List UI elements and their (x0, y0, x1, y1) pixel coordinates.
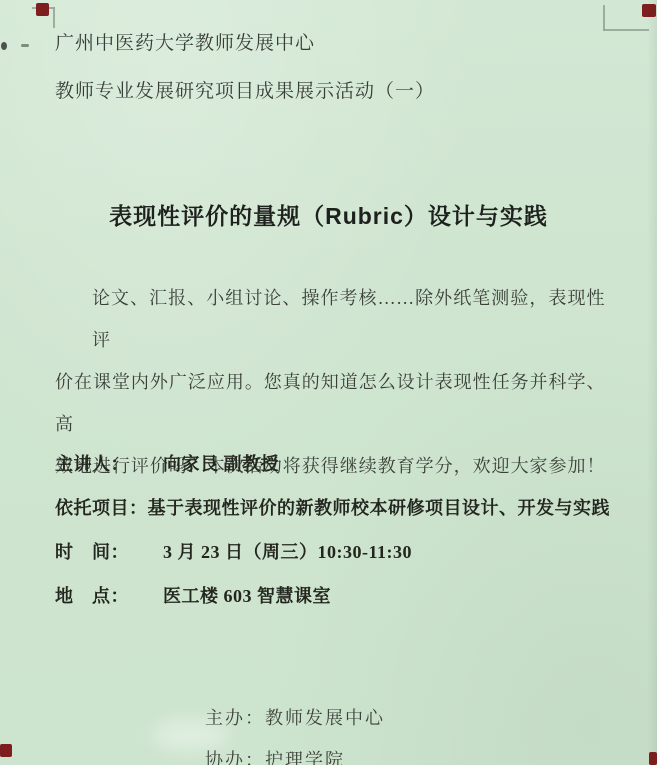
venue-label: 地 点： (55, 582, 163, 608)
time-label: 时 间： (55, 538, 163, 564)
project-label: 依托项目： (55, 494, 148, 520)
organizer-line: 广州中医药大学教师发展中心 (55, 34, 435, 54)
photo-speck (1, 42, 7, 50)
speaker-label: 主讲人： (55, 450, 163, 476)
red-corner-mark-top-left (36, 3, 49, 16)
project-value: 基于表现性评价的新教师校本研修项目设计、开发与实践 (148, 494, 611, 520)
event-series-line: 教师专业发展研究项目成果展示活动（一） (55, 82, 435, 102)
photo-speck (21, 44, 29, 47)
project-row: 依托项目： 基于表现性评价的新教师校本研修项目设计、开发与实践 (55, 485, 611, 529)
host-line: 主办：教师发展中心 (205, 708, 385, 728)
speaker-row: 主讲人： 向家艮 副教授 (55, 441, 611, 485)
margin-crop-mark-top-right-v (603, 5, 605, 31)
intro-line: 论文、汇报、小组讨论、操作考核……除外纸笔测验，表现性评 (55, 277, 605, 361)
event-title: 表现性评价的量规（Rubric）设计与实践 (0, 198, 657, 231)
document-footer: 主办：教师发展中心 协办：护理学院 (205, 708, 385, 765)
event-details: 主讲人： 向家艮 副教授 依托项目： 基于表现性评价的新教师校本研修项目设计、开… (55, 441, 611, 617)
venue-row: 地 点： 医工楼 603 智慧课室 (55, 573, 611, 617)
document-header: 广州中医药大学教师发展中心 教师专业发展研究项目成果展示活动（一） (55, 34, 435, 102)
time-value: 3 月 23 日（周三）10:30-11:30 (163, 538, 412, 564)
venue-value: 医工楼 603 智慧课室 (163, 582, 331, 608)
intro-line: 价在课堂内外广泛应用。您真的知道怎么设计表现性任务并科学、高 (55, 361, 605, 445)
red-corner-mark-bottom-left (0, 744, 12, 757)
time-row: 时 间： 3 月 23 日（周三）10:30-11:30 (55, 529, 611, 573)
speaker-value: 向家艮 副教授 (163, 450, 279, 476)
photo-edge-shadow (647, 0, 657, 765)
document-page: 广州中医药大学教师发展中心 教师专业发展研究项目成果展示活动（一） 表现性评价的… (0, 0, 657, 765)
co-host-line: 协办：护理学院 (205, 750, 385, 765)
margin-crop-mark-top-left-v (53, 7, 55, 28)
margin-crop-mark-top-right-h (603, 29, 649, 31)
